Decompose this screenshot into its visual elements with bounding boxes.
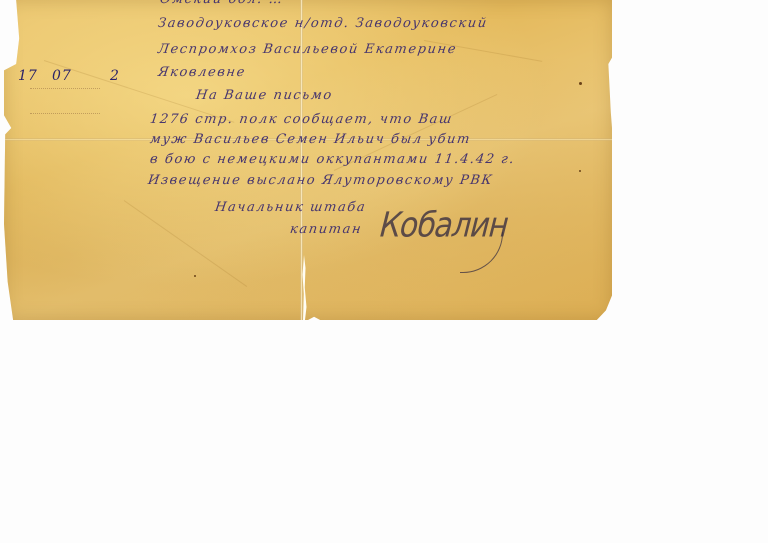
body-line-3: муж Васильев Семен Ильич был убит [149,132,472,147]
body-line-1: На Ваше письмо [195,88,334,103]
address-line-3: Леспромхоз Васильевой Екатерине [157,42,458,57]
date-month: 07 [52,68,110,84]
scan-canvas: 17072 Омский обл. … Заводоуковское н/отд… [0,0,768,543]
closing-title: Начальник штаба [214,200,367,215]
date-year: 2 [110,68,120,84]
date-stamp: 17072 [18,68,120,84]
stamp-form-lines [30,88,100,114]
ink-spot [579,170,581,172]
body-line-4: в бою с немецкими оккупантами 11.4.42 г. [149,152,516,167]
address-line-2: Заводоуковское н/отд. Заводоуковский [157,16,489,31]
ink-spot [194,275,196,277]
ink-spot [579,82,582,85]
date-day: 17 [18,68,52,84]
address-line-4: Яковлевне [157,65,247,80]
address-line-1: Омский обл. … [159,0,285,7]
body-line-5: Извещение выслано Ялуторовскому РВК [147,173,494,188]
closing-rank: капитан [289,222,363,237]
body-line-2: 1276 стр. полк сообщает, что Ваш [149,112,454,127]
